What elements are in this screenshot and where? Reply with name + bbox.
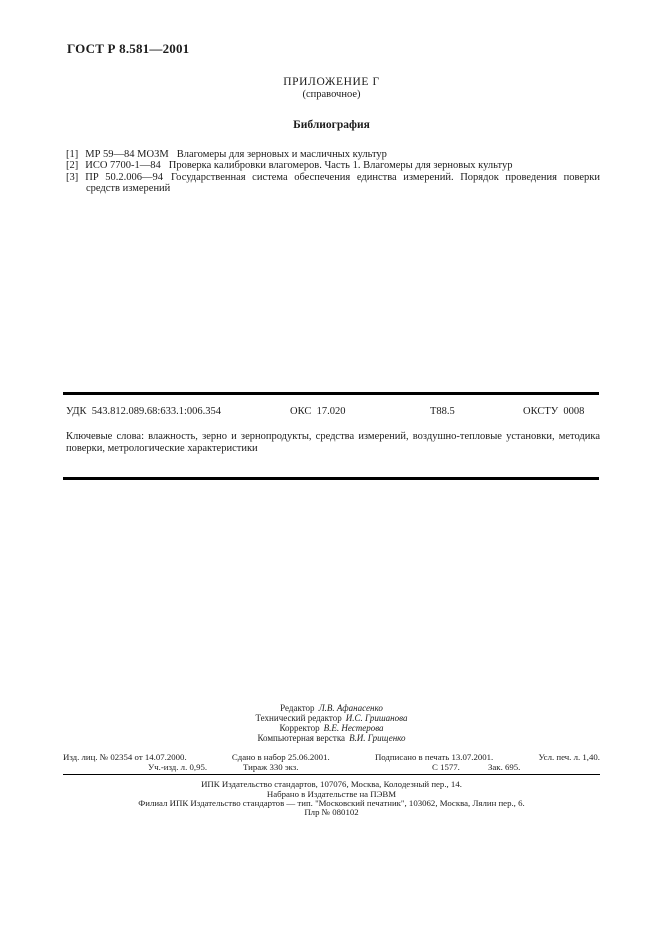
credit-role: Компьютерная верстка <box>257 733 345 743</box>
thin-rule <box>63 774 600 775</box>
credit-role: Корректор <box>279 723 319 733</box>
document-page: ГОСТ Р 8.581—2001 ПРИЛОЖЕНИЕ Г (справочн… <box>0 0 661 936</box>
udk-code: УДК 543.812.089.68:633.1:006.354 <box>66 406 221 417</box>
print-license-number: Плр № 080102 <box>63 808 600 818</box>
bibliography-ref: [2] <box>66 160 78 171</box>
credit-row: РедакторЛ.В. Афанасенко <box>63 703 600 713</box>
classification-row: УДК 543.812.089.68:633.1:006.354 ОКС 17.… <box>66 406 606 418</box>
bibliography-item: [2]ИСО 7700-1—84Проверка калибровки влаг… <box>66 160 600 171</box>
imprint-order: Зак. 695. <box>488 763 520 773</box>
bibliography-code: ПР 50.2.006—94 <box>85 172 163 183</box>
okstu-code: ОКСТУ 0008 <box>523 406 584 417</box>
bibliography-text: Проверка калибровки влагомеров. Часть 1.… <box>169 160 513 171</box>
bibliography-code: ИСО 7700-1—84 <box>85 160 161 171</box>
bibliography-text: Влагомеры для зерновых и масличных культ… <box>177 149 387 160</box>
bibliography-ref: [1] <box>66 149 78 160</box>
bibliography-code: МР 59—84 МОЗМ <box>85 149 168 160</box>
credit-row: Технический редакторИ.С. Гришанова <box>63 713 600 723</box>
horizontal-rule-bottom <box>63 477 599 480</box>
imprint-press-sheets: Усл. печ. л. 1,40. <box>539 753 600 763</box>
horizontal-rule-top <box>63 392 599 395</box>
credit-role: Редактор <box>280 703 314 713</box>
bibliography-text: Государственная система обеспечения един… <box>86 172 600 194</box>
credit-name: И.С. Гришанова <box>346 713 408 723</box>
bibliography-item: [1]МР 59—84 МОЗМВлагомеры для зерновых и… <box>66 149 600 160</box>
credit-name: В.Е. Нестерова <box>324 723 384 733</box>
credit-name: Л.В. Афанасенко <box>319 703 383 713</box>
credits-block: РедакторЛ.В. Афанасенко Технический реда… <box>63 703 600 743</box>
bibliography-ref: [3] <box>66 172 78 183</box>
appendix-title: ПРИЛОЖЕНИЕ Г <box>63 76 600 88</box>
imprint-line-2: Уч.-изд. л. 0,95. Тираж 330 экз. С 1577.… <box>63 763 600 773</box>
imprint-pub-sheets: Уч.-изд. л. 0,95. <box>148 763 207 773</box>
t-code: Т88.5 <box>430 406 455 417</box>
standard-number: ГОСТ Р 8.581—2001 <box>67 41 189 57</box>
keywords-paragraph: Ключевые слова: влажность, зерно и зерно… <box>66 431 600 456</box>
credit-name: В.И. Грищенко <box>349 733 405 743</box>
appendix-note: (справочное) <box>63 89 600 100</box>
credit-row: КорректорВ.Е. Нестерова <box>63 723 600 733</box>
credit-role: Технический редактор <box>256 713 342 723</box>
credit-row: Компьютерная версткаВ.И. Грищенко <box>63 733 600 743</box>
oks-code: ОКС 17.020 <box>290 406 345 417</box>
bibliography-list: [1]МР 59—84 МОЗМВлагомеры для зерновых и… <box>66 149 600 195</box>
bibliography-title: Библиография <box>63 119 600 131</box>
imprint-circulation: Тираж 330 экз. <box>243 763 298 773</box>
imprint-c-number: С 1577. <box>432 763 460 773</box>
bibliography-item: [3]ПР 50.2.006—94Государственная система… <box>66 172 600 195</box>
